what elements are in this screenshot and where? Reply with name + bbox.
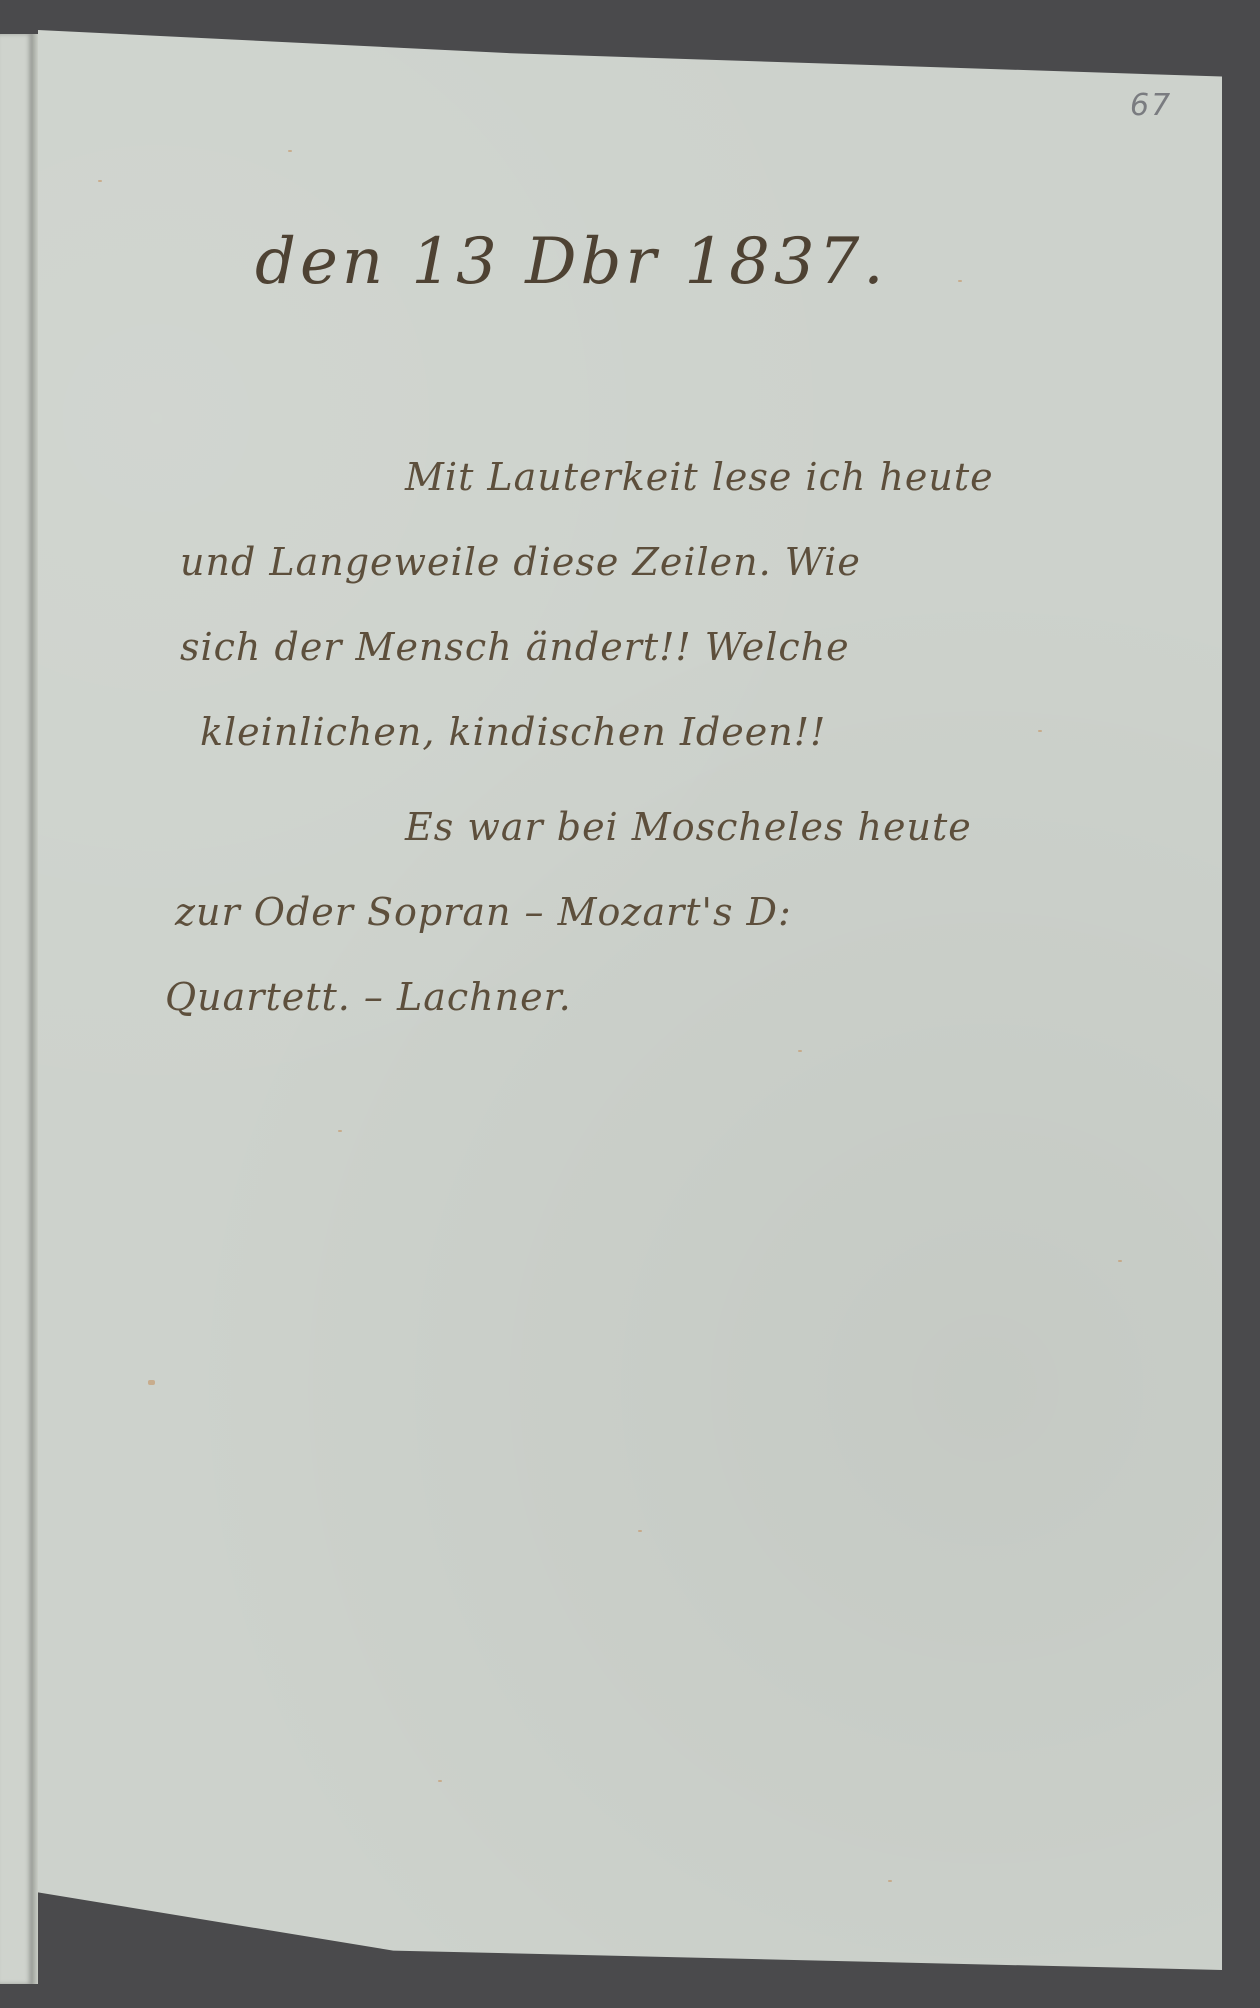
text-line-2: und Langeweile diese Zeilen. Wie xyxy=(180,540,861,584)
text-line-3: sich der Mensch ändert!! Welche xyxy=(180,625,850,669)
text-line-4: kleinlichen, kindischen Ideen!! xyxy=(200,710,826,754)
previous-page-edge xyxy=(0,34,32,1984)
text-line-5: Es war bei Moscheles heute xyxy=(405,805,972,849)
text-line-1: Mit Lauterkeit lese ich heute xyxy=(405,455,994,499)
text-line-7: Quartett. – Lachner. xyxy=(165,975,572,1019)
book-gutter xyxy=(32,34,38,1984)
date-line: den 13 Dbr 1837. xyxy=(255,225,888,299)
text-line-6: zur Oder Sopran – Mozart's D: xyxy=(175,890,792,934)
folio-number: 67 xyxy=(1130,88,1172,123)
